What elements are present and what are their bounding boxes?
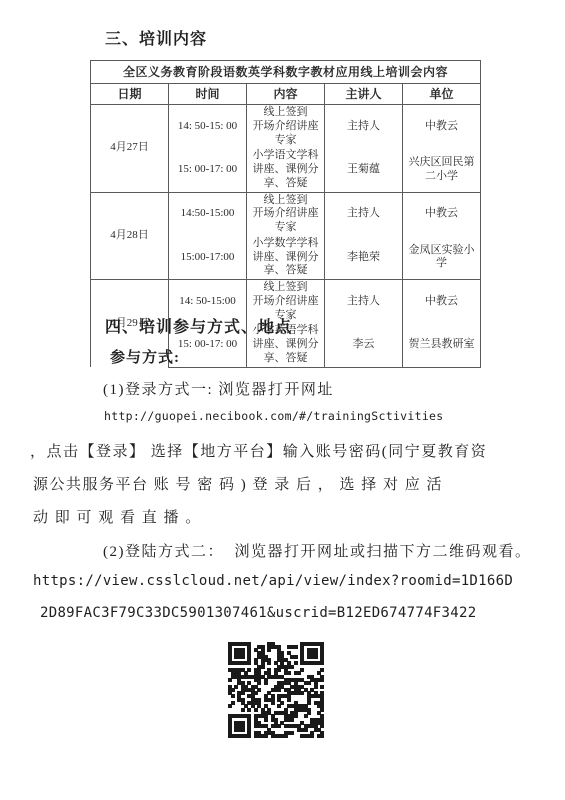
participation-label: 参与方式: xyxy=(110,346,180,367)
section3-heading: 三、培训内容 xyxy=(105,26,207,49)
unit-cell: 中教云 xyxy=(403,105,481,149)
table-row: 4月28日 14:50-15:00 线上签到 开场介绍讲座专家 主持人 中教云 xyxy=(91,192,481,236)
document-page: 三、培训内容 全区义务教育阶段语数英学科数字教材应用线上培训会内容 日期 时间 … xyxy=(0,0,565,800)
header-speaker: 主讲人 xyxy=(325,84,403,105)
login-method2-line: (2)登陆方式二： 浏览器打开网址或扫描下方二维码观看。 xyxy=(103,540,532,561)
content-line: 线上签到 xyxy=(249,106,322,120)
table-title-row: 全区义务教育阶段语数英学科数字教材应用线上培训会内容 xyxy=(91,61,481,84)
header-date: 日期 xyxy=(91,84,169,105)
table-header-row: 日期 时间 内容 主讲人 单位 xyxy=(91,84,481,105)
content-line: 讲座、课例分享、答疑 xyxy=(249,163,322,191)
time-cell: 15: 00-17: 00 xyxy=(169,148,247,192)
content-line: 讲座、课例分享、答疑 xyxy=(249,251,322,279)
content-cell: 小学数学学科 讲座、课例分享、答疑 xyxy=(247,236,325,280)
content-line: 小学数学学科 xyxy=(249,237,322,251)
header-time: 时间 xyxy=(169,84,247,105)
section4-heading: 四、培训参与方式、地点 xyxy=(105,314,292,337)
table-row: 4月27日 14: 50-15: 00 线上签到 开场介绍讲座专家 主持人 中教… xyxy=(91,105,481,149)
content-line: 开场介绍讲座专家 xyxy=(249,207,322,235)
unit-cell: 金凤区实验小学 xyxy=(403,236,481,280)
date-cell: 4月28日 xyxy=(91,192,169,280)
unit-cell: 中教云 xyxy=(403,280,481,324)
date-cell: 4月27日 xyxy=(91,105,169,193)
speaker-cell: 主持人 xyxy=(325,192,403,236)
method1-text-line2: 源公共服务平台 账 号 密 码 ) 登 录 后 ， 选 择 对 应 活 xyxy=(33,473,443,494)
time-cell: 14: 50-15: 00 xyxy=(169,105,247,149)
speaker-cell: 主持人 xyxy=(325,105,403,149)
content-cell: 小学语文学科 讲座、课例分享、答疑 xyxy=(247,148,325,192)
method1-text-line1: ，点击【登录】 选择【地方平台】输入账号密码(同宁夏教育资 xyxy=(30,440,487,461)
content-line: 线上签到 xyxy=(249,281,322,295)
method1-text-line3: 动 即 可 观 看 直 播 。 xyxy=(33,506,202,527)
login-method1-line: (1)登录方式一: 浏览器打开网址 xyxy=(103,378,334,399)
table-title: 全区义务教育阶段语数英学科数字教材应用线上培训会内容 xyxy=(91,61,481,84)
stream-url-line2: 2D89FAC3F79C33DC5901307461&uscrid=B12ED6… xyxy=(40,605,476,621)
stream-url-line1: https://view.csslcloud.net/api/view/inde… xyxy=(33,573,513,589)
qr-code xyxy=(228,642,324,738)
content-line: 开场介绍讲座专家 xyxy=(249,120,322,148)
content-line: 小学语文学科 xyxy=(249,149,322,163)
unit-cell: 中教云 xyxy=(403,192,481,236)
speaker-cell: 主持人 xyxy=(325,280,403,324)
speaker-cell: 李艳荣 xyxy=(325,236,403,280)
header-content: 内容 xyxy=(247,84,325,105)
content-cell: 线上签到 开场介绍讲座专家 xyxy=(247,105,325,149)
unit-cell: 兴庆区回民第二小学 xyxy=(403,148,481,192)
content-line: 线上签到 xyxy=(249,194,322,208)
content-line: 讲座、课例分享、答疑 xyxy=(249,338,322,366)
training-url: http://guopei.necibook.com/#/trainingSct… xyxy=(104,409,444,423)
header-unit: 单位 xyxy=(403,84,481,105)
time-cell: 15:00-17:00 xyxy=(169,236,247,280)
unit-cell: 贺兰县教研室 xyxy=(403,323,481,367)
time-cell: 14:50-15:00 xyxy=(169,192,247,236)
speaker-cell: 王菊蕴 xyxy=(325,148,403,192)
speaker-cell: 李云 xyxy=(325,323,403,367)
content-cell: 线上签到 开场介绍讲座专家 xyxy=(247,192,325,236)
